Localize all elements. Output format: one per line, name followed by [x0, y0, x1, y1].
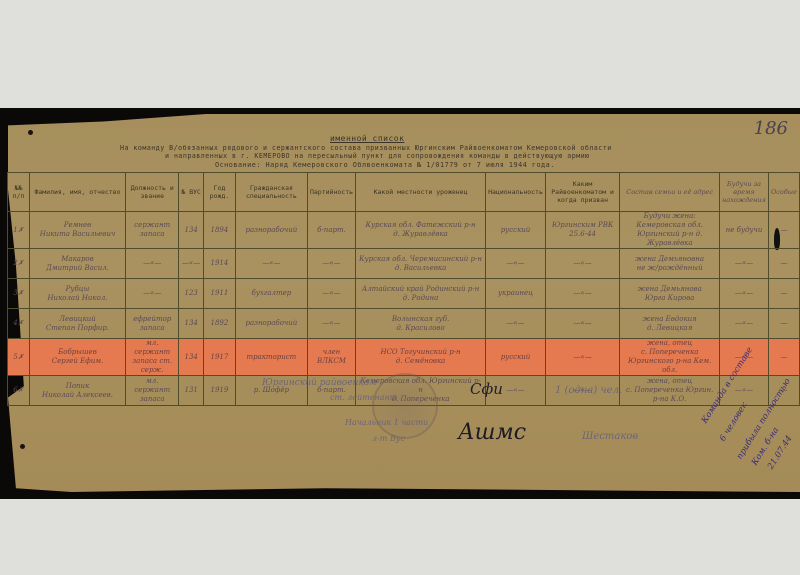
document-title: именной список [330, 134, 404, 143]
specialty: разнорабочий [235, 212, 307, 249]
column-header: №№ п/п [8, 173, 30, 212]
family: жена Евдокияд. Левицкая [620, 309, 720, 339]
nationality: украинец [486, 279, 546, 309]
full-name: ПопикНиколай Алексеев. [29, 376, 125, 406]
signature-block-4: л-т Вус [372, 434, 405, 443]
called-by: —«— [545, 249, 619, 279]
rank: —«— [126, 249, 179, 279]
rank: мл. сержант запаса ст. серж. [126, 339, 179, 376]
vus: 134 [179, 339, 204, 376]
birth-year: 1919 [204, 376, 236, 406]
family: жена Демьяновнане ж/рождённый [620, 249, 720, 279]
check-mark-icon: ✗ [18, 289, 24, 297]
row-number: 4✗ [8, 309, 30, 339]
column-header: Гражданская специальность [235, 173, 307, 212]
header-line-3: Основание: Наряд Кемеровского Облвоенком… [215, 161, 555, 169]
full-name: ЛевицкийСтепан Порфир. [29, 309, 125, 339]
birthplace: Курская обл. Фатежский р-нд. Журавлёвка [356, 212, 486, 249]
birthplace: НСО Тогучинский р-нд. Семёновка [356, 339, 486, 376]
table-row: 2✗ МакаровДмитрий Васил. —«— —«— 1914 —«… [8, 249, 800, 279]
soldiers-table: №№ п/п Фамилия, имя, отчество Должность … [7, 172, 800, 406]
party: б-парт. [307, 212, 355, 249]
row-number: 6✗ [8, 376, 30, 406]
check-mark-icon: ✗ [18, 353, 24, 361]
family: жена, отецс. Попереченка Юргинского р-на… [620, 339, 720, 376]
table-row: 1✗ РемневНикита Васильевич сержант запас… [8, 212, 800, 249]
birthplace: Волынская губ.д. Красилово [356, 309, 486, 339]
called-by: —«— [545, 279, 619, 309]
col-13: — [768, 339, 799, 376]
birth-year: 1914 [204, 249, 236, 279]
birth-year: 1894 [204, 212, 236, 249]
rank: ефрейтор запаса [126, 309, 179, 339]
punch-hole [28, 130, 33, 135]
row-number: 5✗ [8, 339, 30, 376]
check-mark-icon: ✗ [18, 386, 24, 394]
specialty: —«— [235, 249, 307, 279]
vus: 123 [179, 279, 204, 309]
signatory-name: Шестаков [582, 431, 638, 442]
rank: мл. сержант запаса [126, 376, 179, 406]
check-mark-icon: ✗ [18, 259, 24, 267]
rank: —«— [126, 279, 179, 309]
table-row-highlighted: 5✗ БобрышевСергей Ефим. мл. сержант запа… [8, 339, 800, 376]
signature-block-3: Начальник 1 части [345, 418, 428, 427]
column-header: Особые [768, 173, 799, 212]
full-name: МакаровДмитрий Васил. [29, 249, 125, 279]
column-header: Партийность [307, 173, 355, 212]
full-name: РубцыНиколай Никол. [29, 279, 125, 309]
table-row: 3✗ РубцыНиколай Никол. —«— 123 1911 бухг… [8, 279, 800, 309]
specialty: тракторист [235, 339, 307, 376]
column-header: № ВУС [179, 173, 204, 212]
check-mark-icon: ✗ [18, 226, 24, 234]
specialty: бухгалтер [235, 279, 307, 309]
called-by: Юргинским РВК 25.6-44 [545, 212, 619, 249]
row-number: 3✗ [8, 279, 30, 309]
called-by: —«— [545, 339, 619, 376]
punch-hole [20, 444, 25, 449]
vus: —«— [179, 249, 204, 279]
birth-year: 1892 [204, 309, 236, 339]
table-header-row: №№ п/п Фамилия, имя, отчество Должность … [8, 173, 800, 212]
header-line-1: На команду В/обязанных рядового и сержан… [120, 144, 612, 152]
col-12: —«— [720, 279, 769, 309]
nationality: —«— [486, 309, 546, 339]
specialty: разнорабочий [235, 309, 307, 339]
column-header: Должность и звание [126, 173, 179, 212]
col-13: — [768, 212, 799, 249]
vus: 131 [179, 376, 204, 406]
signature-block-2: ст. лейтенант [330, 393, 397, 402]
col-12: не будучи [720, 212, 769, 249]
nationality: русский [486, 339, 546, 376]
vus: 134 [179, 212, 204, 249]
full-name: БобрышевСергей Ефим. [29, 339, 125, 376]
birth-year: 1917 [204, 339, 236, 376]
party: —«— [307, 279, 355, 309]
birth-year: 1911 [204, 279, 236, 309]
nationality: русский [486, 212, 546, 249]
full-name: РемневНикита Васильевич [29, 212, 125, 249]
column-header: Фамилия, имя, отчество [29, 173, 125, 212]
header-line-2: и направленных в г. КЕМЕРОВО на пересыль… [165, 152, 590, 160]
party: член ВЛКСМ [307, 339, 355, 376]
col-13: — [768, 279, 799, 309]
check-mark-icon: ✗ [18, 319, 24, 327]
col-12: —«— [720, 249, 769, 279]
official-stamp [372, 373, 438, 439]
column-header: Какой местности уроженец [356, 173, 486, 212]
table-row: 4✗ ЛевицкийСтепан Порфир. ефрейтор запас… [8, 309, 800, 339]
column-header: Состав семьи и её адрес [620, 173, 720, 212]
page-number: 186 [754, 118, 788, 139]
called-by: —«— [545, 309, 619, 339]
row-number: 1✗ [8, 212, 30, 249]
initials-signature: Сфи [470, 380, 503, 398]
row-number: 2✗ [8, 249, 30, 279]
column-header: Будучи за время нахождения [720, 173, 769, 212]
col-12: —«— [720, 309, 769, 339]
column-header: Национальность [486, 173, 546, 212]
birthplace: Курская обл. Черемисинский р-нд. Василье… [356, 249, 486, 279]
column-header: Год рожд. [204, 173, 236, 212]
family: жена, отецс. Попереченка Юргин. р-на К.О… [620, 376, 720, 406]
rank: сержант запаса [126, 212, 179, 249]
birthplace: Алтайский край Родинский р-нд. Родина [356, 279, 486, 309]
col-13: — [768, 249, 799, 279]
signature-block-1: Юргинский райвоенком [262, 378, 377, 388]
nationality: —«— [486, 249, 546, 279]
family: жена ДемьяноваЮрга Кирова [620, 279, 720, 309]
count-note: 1 (одна) чел. [555, 385, 622, 396]
col-13: — [768, 309, 799, 339]
party: —«— [307, 249, 355, 279]
commander-signature: Ашмс [458, 420, 526, 445]
vus: 134 [179, 309, 204, 339]
column-header: Каким Райвоенкоматом и когда призван [545, 173, 619, 212]
family: Будучи жена:Кемеровская обл. Юргинский р… [620, 212, 720, 249]
party: —«— [307, 309, 355, 339]
